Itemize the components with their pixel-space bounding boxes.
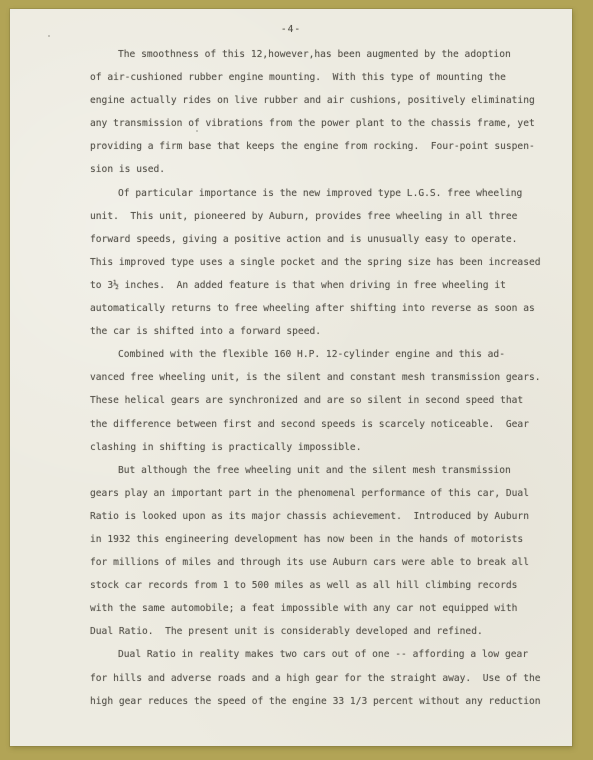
text-line: engine actually rides on live rubber and…: [90, 89, 546, 112]
text-line: with the same automobile; a feat impossi…: [90, 597, 546, 620]
document-body: The smoothness of this 12,however,has be…: [10, 43, 572, 713]
text-line: Ratio is looked upon as its major chassi…: [90, 505, 546, 528]
text-line: unit. This unit, pioneered by Auburn, pr…: [90, 205, 546, 228]
text-line: providing a firm base that keeps the eng…: [90, 135, 546, 158]
text-line: for millions of miles and through its us…: [90, 551, 546, 574]
paper-speck: [196, 130, 198, 132]
text-line: Of particular importance is the new impr…: [90, 182, 546, 205]
text-line: clashing in shifting is practically impo…: [90, 436, 546, 459]
document-page: -4- The smoothness of this 12,however,ha…: [10, 9, 572, 746]
text-line: to 3½ inches. An added feature is that w…: [90, 274, 546, 297]
text-line: This improved type uses a single pocket …: [90, 251, 546, 274]
text-line: These helical gears are synchronized and…: [90, 389, 546, 412]
text-line: of air-cushioned rubber engine mounting.…: [90, 66, 546, 89]
paper-speck: [104, 144, 106, 146]
text-line: any transmission of vibrations from the …: [90, 112, 546, 135]
text-line: in 1932 this engineering development has…: [90, 528, 546, 551]
text-line: the car is shifted into a forward speed.: [90, 320, 546, 343]
paper-speck: [185, 97, 187, 99]
text-line: Combined with the flexible 160 H.P. 12-c…: [90, 343, 546, 366]
text-line: sion is used.: [90, 158, 546, 181]
text-line: The smoothness of this 12,however,has be…: [90, 43, 546, 66]
text-line: for hills and adverse roads and a high g…: [90, 667, 546, 690]
paper-speck: [48, 35, 50, 37]
scan-background: -4- The smoothness of this 12,however,ha…: [0, 0, 593, 760]
text-line: the difference between first and second …: [90, 413, 546, 436]
text-line: vanced free wheeling unit, is the silent…: [90, 366, 546, 389]
text-line: forward speeds, giving a positive action…: [90, 228, 546, 251]
text-line: But although the free wheeling unit and …: [90, 459, 546, 482]
text-line: high gear reduces the speed of the engin…: [90, 690, 546, 713]
text-line: automatically returns to free wheeling a…: [90, 297, 546, 320]
paper-speck: [92, 101, 94, 103]
page-number: -4-: [10, 23, 572, 37]
text-line: stock car records from 1 to 500 miles as…: [90, 574, 546, 597]
text-line: gears play an important part in the phen…: [90, 482, 546, 505]
text-line: Dual Ratio in reality makes two cars out…: [90, 643, 546, 666]
text-line: Dual Ratio. The present unit is consider…: [90, 620, 546, 643]
